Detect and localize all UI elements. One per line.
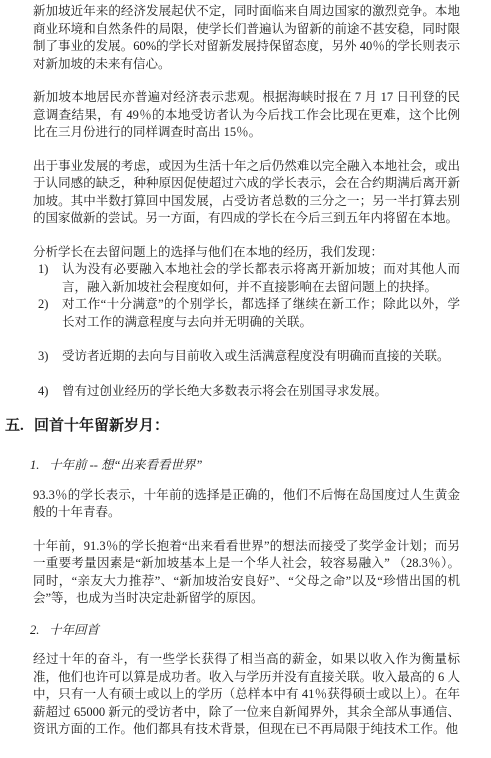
section-heading: 五. 回首十年留新岁月：: [5, 417, 460, 436]
finding-item-3: 3) 受访者近期的去向与目前收入或生活满意程度没有明确而直接的关联。: [38, 348, 460, 366]
subsection-2-title: 十年回首: [49, 622, 99, 640]
finding-4-number: 4): [38, 383, 62, 401]
subsection-1-heading: 1. 十年前 -- 想“出来看看世界”: [30, 457, 460, 475]
subsection-2-heading: 2. 十年回首: [30, 622, 460, 640]
finding-3-number: 3): [38, 348, 62, 366]
document-page: 新加坡近年来的经济发展起伏不定，同时面临来自周边国家的激烈竞争。本地商业环境和自…: [0, 0, 491, 758]
finding-3-text: 受访者近期的去向与目前收入或生活满意程度没有明确而直接的关联。: [62, 348, 460, 366]
intro-paragraph-economy: 新加坡近年来的经济发展起伏不定，同时面临来自周边国家的激烈竞争。本地商业环境和自…: [33, 3, 460, 73]
findings-list: 1) 认为没有必要融入本地社会的学长都表示将离开新加坡；而对其他人而言，融入新加…: [33, 261, 460, 400]
finding-item-1: 1) 认为没有必要融入本地社会的学长都表示将离开新加坡；而对其他人而言，融入新加…: [38, 261, 460, 296]
finding-2-number: 2): [38, 296, 62, 331]
intro-paragraph-local-sentiment: 新加坡本地居民亦普遍对经济表示悲观。根据海峡时报在 7 月 17 日刊登的民意调…: [33, 89, 460, 142]
subsection-2-paragraph-1: 经过十年的奋斗，有一些学长获得了相当高的薪金，如果以收入作为衡量标准，他们也许可…: [33, 651, 460, 739]
finding-1-text: 认为没有必要融入本地社会的学长都表示将离开新加坡；而对其他人而言，融入新加坡社会…: [62, 261, 460, 296]
finding-item-4: 4) 曾有过创业经历的学长绝大多数表示将会在别国寻求发展。: [38, 383, 460, 401]
subsection-1-body: 93.3％的学长表示，十年前的选择是正确的，他们不后悔在岛国度过人生黄金般的十年…: [33, 487, 460, 608]
intro-paragraph-stay-or-leave: 出于事业发展的考虑，或因为生活十年之后仍然难以完全融入本地社会，或出于认同感的缺…: [33, 158, 460, 228]
subsection-2-body: 经过十年的奋斗，有一些学长获得了相当高的薪金，如果以收入作为衡量标准，他们也许可…: [33, 651, 460, 739]
subsection-2-number: 2.: [30, 622, 49, 640]
subsection-1-title: 十年前 -- 想“出来看看世界”: [49, 457, 202, 475]
subsection-1-paragraph-2: 十年前，91.3％的学长抱着“出来看看世界”的想法而接受了奖学金计划；而另一重要…: [33, 538, 460, 608]
subsection-1-number: 1.: [30, 457, 49, 475]
finding-2-text: 对工作“十分满意”的个别学长，都选择了继续在新工作；除此以外，学长对工作的满意程…: [62, 296, 460, 331]
section-title: 回首十年留新岁月：: [34, 417, 169, 436]
analysis-intro-paragraph: 分析学长在去留问题上的选择与他们在本地的经历，我们发现：: [33, 244, 460, 262]
section-number: 五.: [5, 417, 34, 436]
subsection-1-paragraph-1: 93.3％的学长表示，十年前的选择是正确的，他们不后悔在岛国度过人生黄金般的十年…: [33, 487, 460, 522]
finding-1-number: 1): [38, 261, 62, 296]
finding-4-text: 曾有过创业经历的学长绝大多数表示将会在别国寻求发展。: [62, 383, 460, 401]
finding-item-2: 2) 对工作“十分满意”的个别学长，都选择了继续在新工作；除此以外，学长对工作的…: [38, 296, 460, 331]
